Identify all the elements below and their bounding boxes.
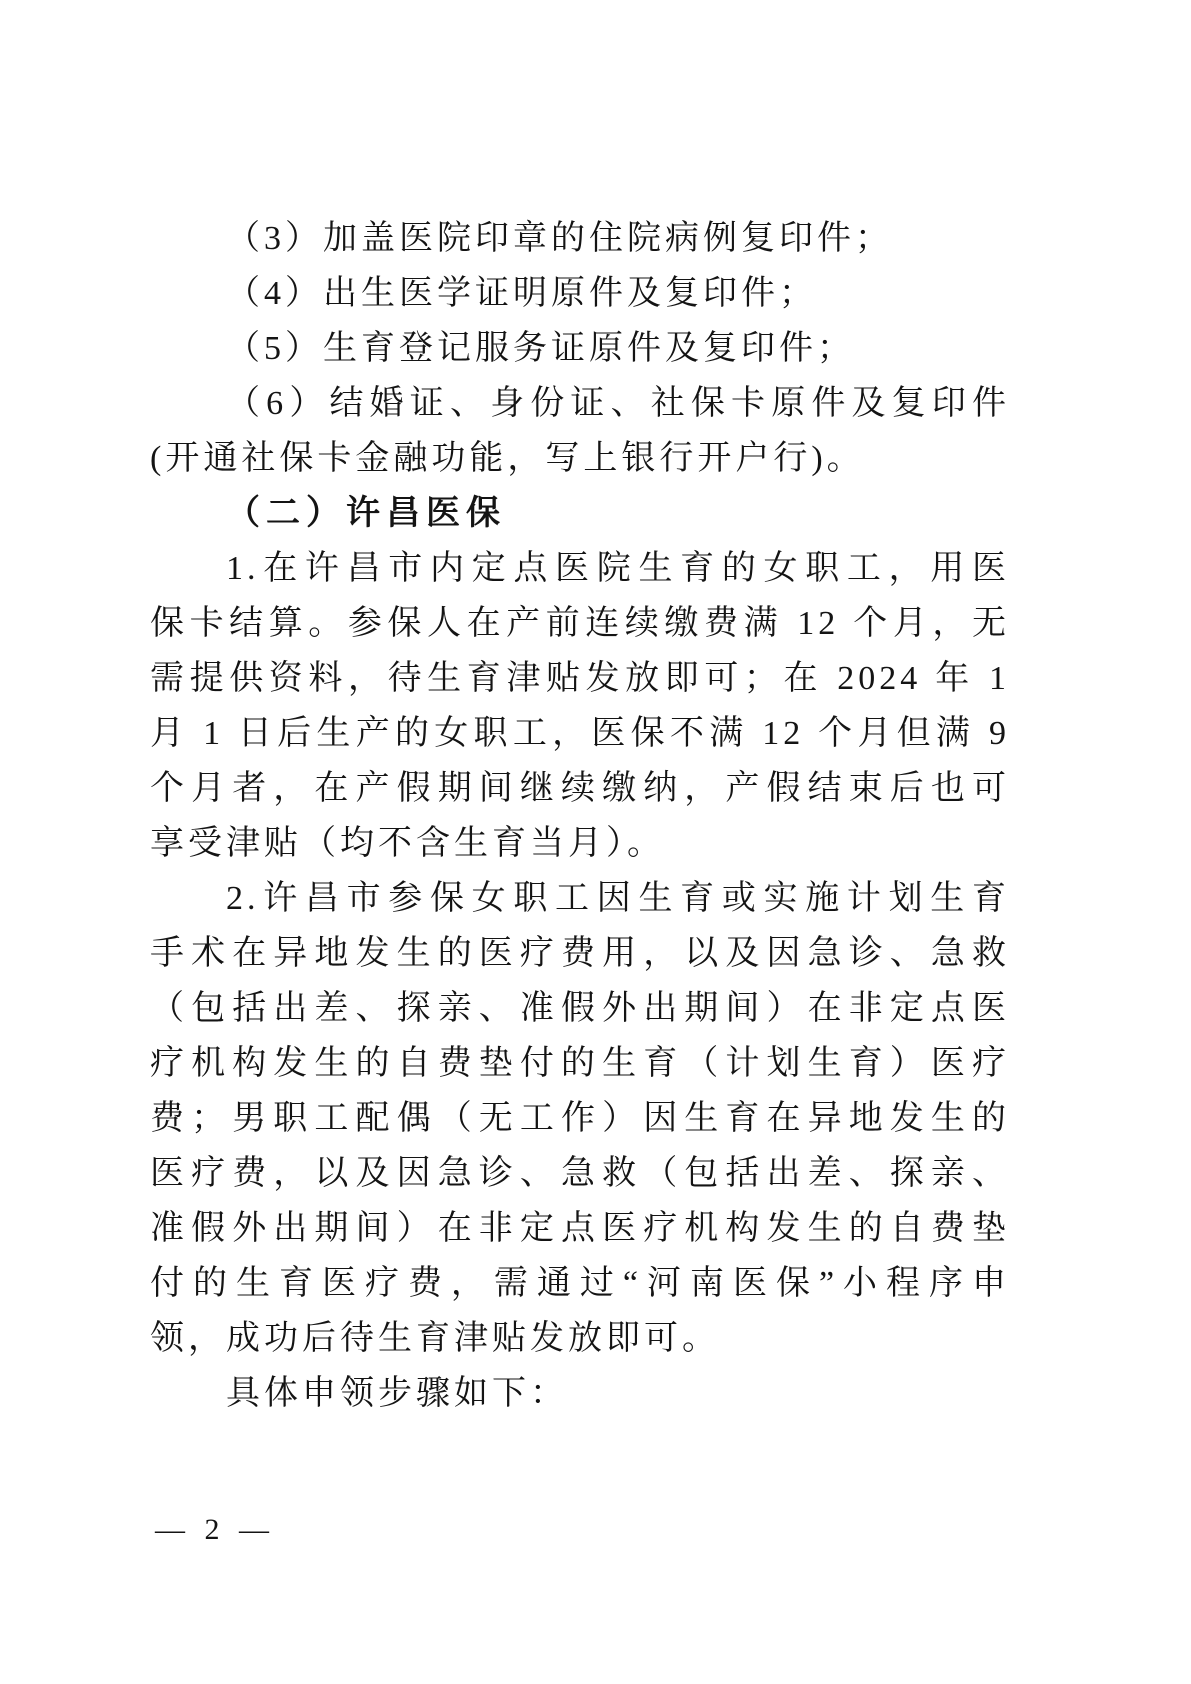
text-line: 疗机构发生的自费垫付的生育（计划生育）医疗 — [150, 1036, 1010, 1091]
text-line: 2.许昌市参保女职工因生育或实施计划生育 — [150, 871, 1010, 926]
text-line: 费；男职工配偶（无工作）因生育在异地发生的 — [150, 1091, 1010, 1146]
text-line: (开通社保卡金融功能，写上银行开户行)。 — [150, 431, 1010, 486]
text-line: 手术在异地发生的医疗费用，以及因急诊、急救 — [150, 926, 1010, 981]
document-body: （3）加盖医院印章的住院病例复印件；（4）出生医学证明原件及复印件；（5）生育登… — [150, 211, 1010, 1421]
text-line: 1.在许昌市内定点医院生育的女职工，用医 — [150, 541, 1010, 596]
text-line: 医疗费，以及因急诊、急救（包括出差、探亲、 — [150, 1146, 1010, 1201]
text-line: 领，成功后待生育津贴发放即可。 — [150, 1311, 1010, 1366]
text-line: 月 1 日后生产的女职工，医保不满 12 个月但满 9 — [150, 706, 1010, 761]
text-line: （3）加盖医院印章的住院病例复印件； — [150, 211, 1010, 266]
text-line: 准假外出期间）在非定点医疗机构发生的自费垫 — [150, 1201, 1010, 1256]
text-line: 保卡结算。参保人在产前连续缴费满 12 个月，无 — [150, 596, 1010, 651]
text-line: 付的生育医疗费，需通过“河南医保”小程序申 — [150, 1256, 1010, 1311]
text-line: （4）出生医学证明原件及复印件； — [150, 266, 1010, 321]
document-page: （3）加盖医院印章的住院病例复印件；（4）出生医学证明原件及复印件；（5）生育登… — [0, 0, 1191, 1684]
page-number: — 2 — — [155, 1512, 275, 1548]
text-line: （包括出差、探亲、准假外出期间）在非定点医 — [150, 981, 1010, 1036]
section-heading: （二）许昌医保 — [150, 486, 1010, 541]
text-line: （5）生育登记服务证原件及复印件； — [150, 321, 1010, 376]
text-line: 享受津贴（均不含生育当月）。 — [150, 816, 1010, 871]
text-line: 个月者，在产假期间继续缴纳，产假结束后也可 — [150, 761, 1010, 816]
text-line: 需提供资料，待生育津贴发放即可；在 2024 年 1 — [150, 651, 1010, 706]
text-line: 具体申领步骤如下： — [150, 1366, 1010, 1421]
text-line: （6）结婚证、身份证、社保卡原件及复印件 — [150, 376, 1010, 431]
